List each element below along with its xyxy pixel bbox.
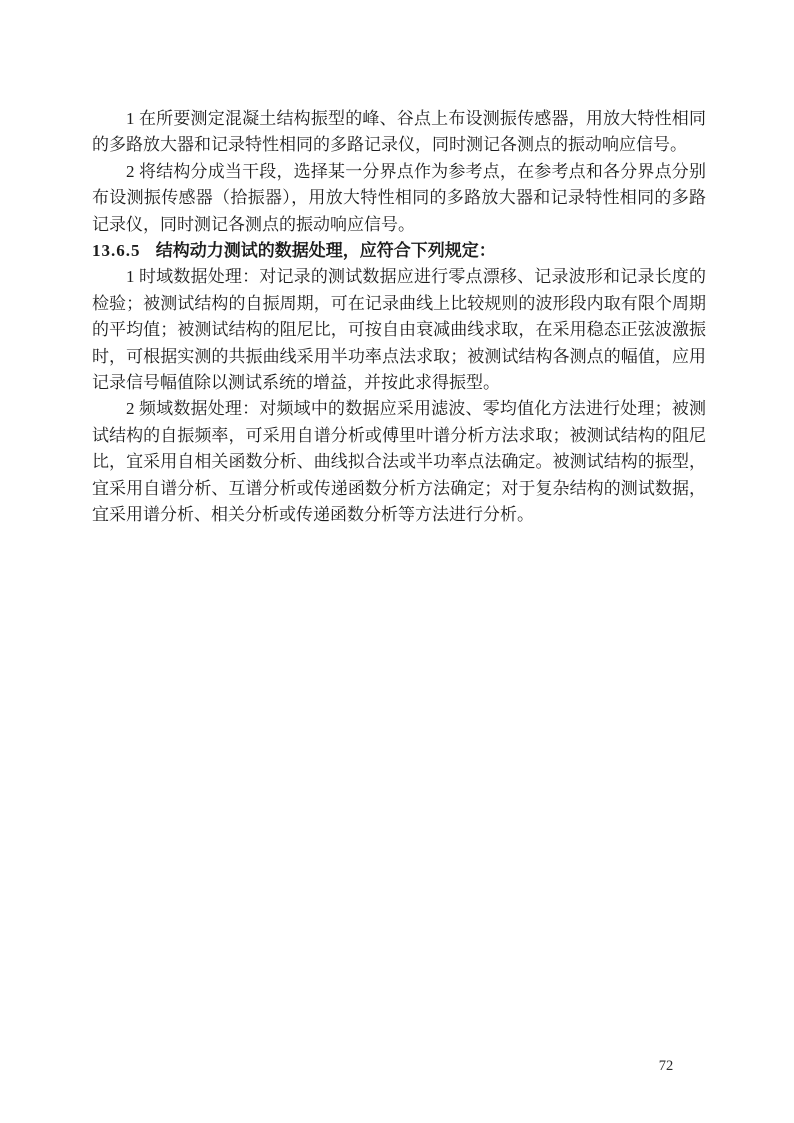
page-number: 72 <box>654 1058 678 1075</box>
clause-number: 13.6.5 <box>92 241 141 260</box>
paragraph: 2 将结构分成当干段，选择某一分界点作为参考点，在参考点和各分界点分别布设测振传… <box>92 159 706 238</box>
paragraph: 1 时域数据处理：对记录的测试数据应进行零点漂移、记录波形和记录长度的检验；被测… <box>92 264 706 396</box>
document-body: 1 在所要测定混凝土结构振型的峰、谷点上布设测振传感器，用放大特性相同的多路放大… <box>92 106 706 529</box>
paragraph: 2 频域数据处理：对频域中的数据应采用滤波、零均值化方法进行处理；被测试结构的自… <box>92 396 706 528</box>
paragraph: 1 在所要测定混凝土结构振型的峰、谷点上布设测振传感器，用放大特性相同的多路放大… <box>92 106 706 159</box>
clause-text: 结构动力测试的数据处理，应符合下列规定： <box>156 241 496 260</box>
clause-heading: 13.6.5结构动力测试的数据处理，应符合下列规定： <box>92 238 706 264</box>
document-page: 1 在所要测定混凝土结构振型的峰、谷点上布设测振传感器，用放大特性相同的多路放大… <box>0 0 794 1123</box>
